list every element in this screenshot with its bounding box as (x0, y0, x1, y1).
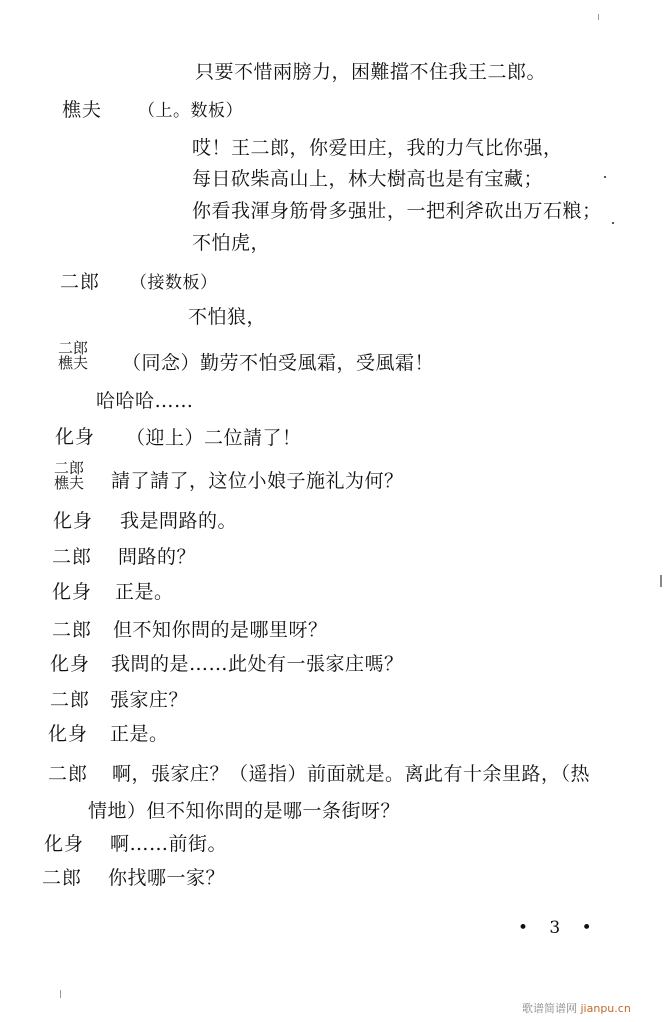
speaker-label: 二郎 (52, 618, 92, 642)
speaker-label-pair: 二郎 樵夫 (58, 341, 88, 371)
speaker-label: 樵夫 (58, 356, 88, 371)
stage-direction: （上。数板） (138, 99, 243, 123)
page-number: • 3 • (518, 918, 600, 938)
scan-speck (660, 575, 662, 587)
verse-line: 只要不惜兩膀力，困難擋不住我王二郎。 (195, 60, 546, 84)
dialogue-line: 我是問路的。 (120, 509, 237, 533)
dialogue-line: 我問的是……此处有一張家庄嗎？ (111, 652, 404, 676)
scan-speck (60, 990, 61, 998)
speaker-label: 化身 (52, 580, 92, 604)
speaker-label: 二郎 (60, 270, 100, 294)
speaker-label: 化身 (55, 425, 95, 449)
dialogue-line: 啊，張家庄？（遥指）前面就是。离此有十余里路，（热 (112, 762, 590, 786)
dialogue-line: 問路的？ (118, 545, 196, 569)
dialogue-line: （同念）勤劳不怕受風霜，受風霜！ (122, 351, 434, 375)
stage-direction: （接数板） (130, 271, 218, 295)
speaker-label: 二郎 (52, 545, 92, 569)
speaker-label-pair: 二郎 樵夫 (54, 461, 84, 491)
speaker-label: 二郎 (48, 762, 88, 786)
dialogue-line: 但不知你問的是哪里呀？ (113, 618, 328, 642)
verse-line: 哎！王二郎，你爱田庄，我的力气比你强， (192, 136, 563, 160)
speaker-label: 樵夫 (62, 98, 102, 122)
speaker-label: 化身 (50, 652, 90, 676)
dialogue-line: 哈哈哈…… (96, 389, 194, 413)
speaker-label: 化身 (44, 832, 84, 856)
verse-line: 不怕狼， (188, 305, 266, 329)
dialogue-line: 請了請了，这位小娘子施礼为何？ (111, 469, 404, 493)
document-page: 只要不惜兩膀力，困難擋不住我王二郎。 樵夫 （上。数板） 哎！王二郎，你爱田庄，… (0, 0, 672, 1022)
dialogue-line: （迎上）二位請了！ (126, 426, 302, 450)
dialogue-line: 正是。 (110, 722, 169, 746)
watermark-url: jianpu.cn (581, 1002, 631, 1015)
dialogue-line: 啊……前街。 (110, 832, 227, 856)
scan-speck (598, 14, 599, 20)
dialogue-line: 正是。 (115, 580, 174, 604)
speaker-label: 化身 (48, 722, 88, 746)
verse-line: 不怕虎， (192, 231, 270, 255)
verse-line: 你看我渾身筋骨多强壯，一把利斧砍出万石粮； (192, 199, 602, 223)
scan-speck (612, 222, 614, 224)
dialogue-line-continued: 情地）但不知你問的是哪一条街呀？ (88, 799, 400, 823)
speaker-label: 化身 (53, 509, 93, 533)
scan-speck (604, 176, 606, 178)
speaker-label: 二郎 (50, 688, 90, 712)
speaker-label: 樵夫 (54, 476, 84, 491)
dialogue-line: 張家庄？ (110, 688, 188, 712)
watermark-site-name: 歌谱简谱网 (522, 1002, 577, 1015)
verse-line: 每日砍柴高山上，林大樹高也是有宝藏； (192, 167, 543, 191)
watermark: 歌谱简谱网 jianpu.cn (522, 1000, 631, 1016)
speaker-label: 二郎 (42, 866, 82, 890)
dialogue-line: 你找哪一家？ (108, 866, 225, 890)
